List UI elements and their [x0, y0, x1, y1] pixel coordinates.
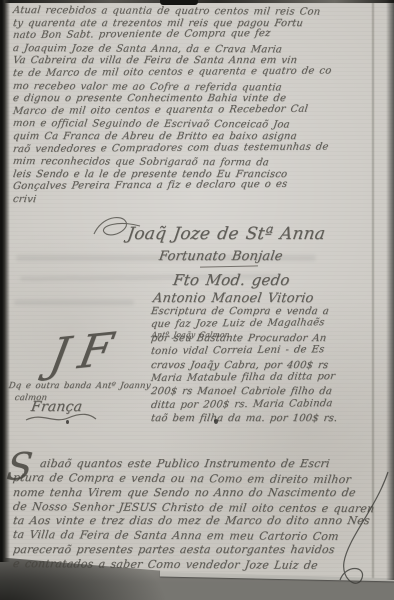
signature: Antonio Manoel Vitorio [152, 291, 315, 306]
signature: Joaq̃ Joze de Stª Anna [126, 224, 327, 244]
margin-note-line: Dq e outra banda Antº Joanny [8, 381, 151, 391]
signature: Fortunato Bonjale [158, 249, 284, 264]
manuscript-line: Gonçalves Pereira Franca a fiz e declaro… [12, 178, 386, 194]
manuscript-line: te de Marco de mil oito centos e quarent… [12, 65, 386, 81]
manuscript-line: taõ bem filha da ma. por 100$ rs. [150, 412, 390, 425]
signature: Fto Mod. gedo [172, 271, 291, 289]
stray-thread [296, 468, 394, 600]
manuscript-line: nato Bon Sabt. proveniente de Compra que… [12, 27, 386, 43]
ink-spot [214, 419, 218, 424]
manuscript-line: ditta por 200$ rs. Maria Cabinda [150, 396, 390, 412]
interlinear-insertion: Antº Joaq̃y Calmon [151, 330, 230, 339]
manuscript-line: crivi [12, 194, 385, 209]
margin-flourished-initials: JF [46, 325, 126, 378]
scan-top-edge-blob [160, 0, 198, 5]
manuscript-line: tonio vidal Correia Leni - de Es [150, 343, 390, 359]
receipt-paragraph: Atual recebidos a quantia de quatro cent… [12, 5, 384, 207]
registry-summary: Escriptura de Compra e venda a que faz J… [150, 305, 388, 426]
manuscript-line: Maria Matabule filha da ditta por [150, 369, 390, 385]
ink-spot [66, 420, 69, 424]
manuscript-line: Marco de mil oito centos e quarenta o Re… [12, 103, 386, 119]
margin-rubric-flourish [24, 410, 98, 426]
binding-edge [0, 0, 10, 562]
manuscript-line: raõ vendedores e Compradores com duas te… [12, 141, 386, 157]
ink-bleedthrough [14, 300, 134, 305]
scanned-manuscript-page: Atual recebidos a quantia de quatro cent… [0, 0, 394, 600]
